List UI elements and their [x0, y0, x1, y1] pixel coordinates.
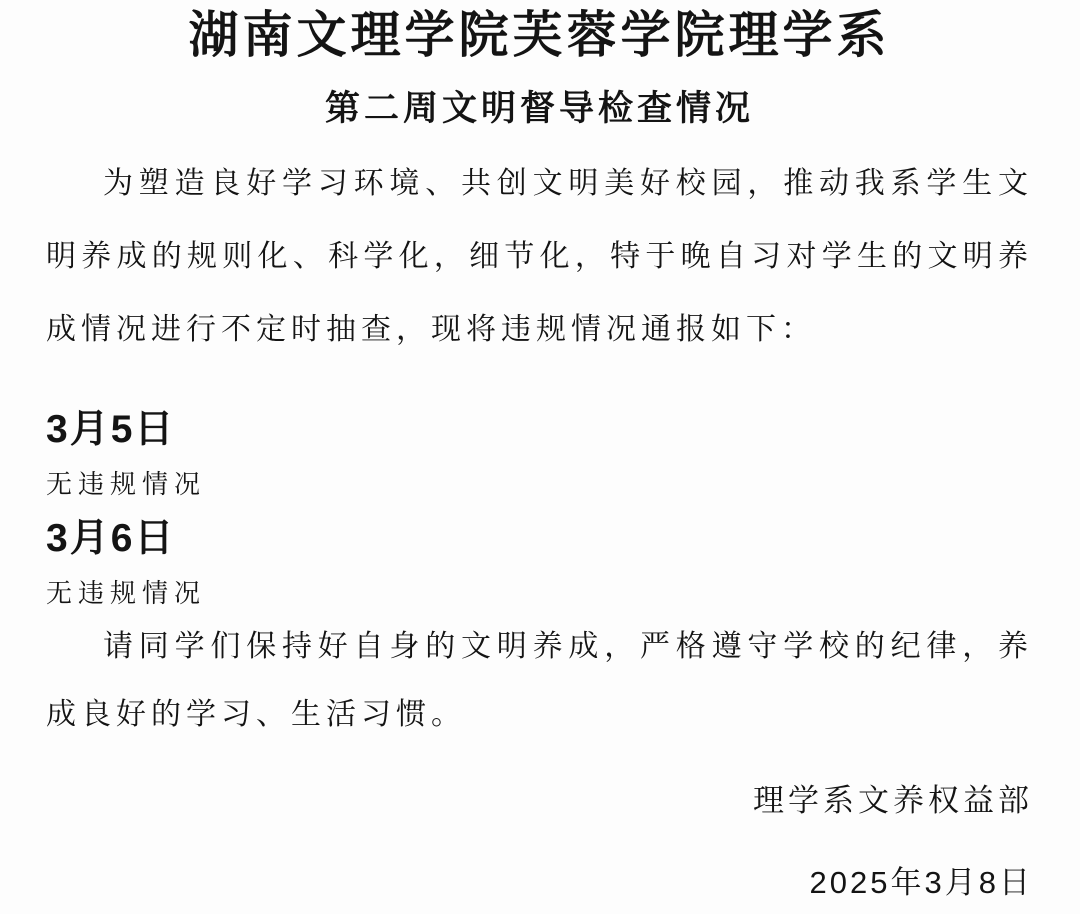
report-date-march-5: 3月5日	[46, 406, 1033, 453]
report-status-march-5: 无违规情况	[46, 467, 1033, 502]
document-title: 湖南文理学院芙蓉学院理学系	[46, 5, 1033, 65]
document-subtitle: 第二周文明督导检查情况	[46, 87, 1033, 131]
report-date-march-6: 3月6日	[46, 515, 1033, 562]
daily-report-section: 3月5日 无违规情况 3月6日 无违规情况	[46, 406, 1033, 611]
intro-paragraph: 为塑造良好学习环境、共创文明美好校园，推动我系学生文明养成的规则化、科学化，细节…	[46, 147, 1033, 366]
signature: 理学系文养权益部	[46, 781, 1033, 821]
report-status-march-6: 无违规情况	[46, 576, 1033, 611]
notice-document: 湖南文理学院芙蓉学院理学系 第二周文明督导检查情况 为塑造良好学习环境、共创文明…	[0, 0, 1080, 914]
issue-date: 2025年3月8日	[46, 863, 1033, 903]
closing-paragraph: 请同学们保持好自身的文明养成，严格遵守学校的纪律，养成良好的学习、生活习惯。	[46, 613, 1033, 749]
